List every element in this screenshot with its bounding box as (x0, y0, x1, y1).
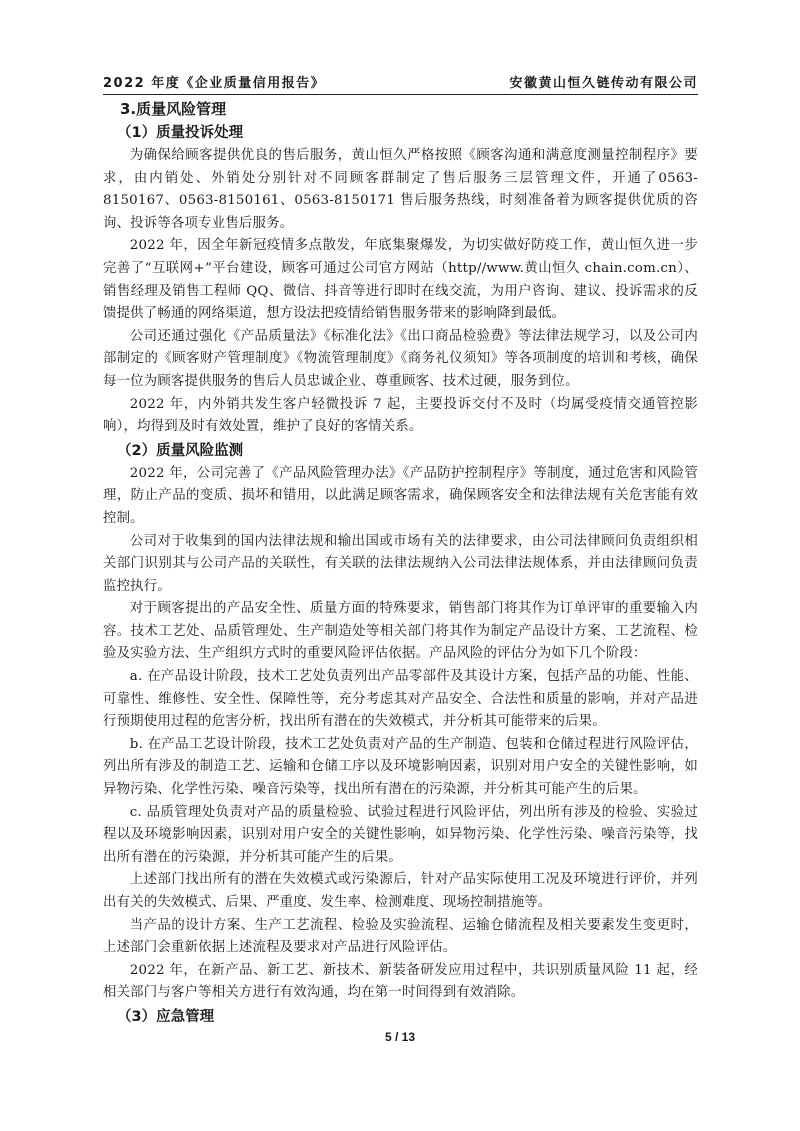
paragraph: 公司还通过强化《产品质量法》《标准化法》《出口商品检验费》等法律法规学习，以及公… (103, 326, 698, 394)
section-title: 3.质量风险管理 (103, 97, 698, 121)
list-item-c: c. 品质管理处负责对产品的质量检验、试验过程进行风险评估，列出所有涉及的检验、… (103, 802, 698, 870)
header-report-title: 2022 年度《企业质量信用报告》 (103, 72, 325, 91)
paragraph: 当产品的设计方案、生产工艺流程、检验及实验流程、运输仓储流程及相关要素发生变更时… (103, 915, 698, 960)
list-item-b: b. 在产品工艺设计阶段，技术工艺处负责对产品的生产制造、包装和仓储过程进行风险… (103, 734, 698, 802)
paragraph: 2022 年，内外销共发生客户轻微投诉 7 起，主要投诉交付不及时（均属受疫情交… (103, 394, 698, 439)
page-header: 2022 年度《企业质量信用报告》 安徽黄山恒久链传动有限公司 (103, 71, 698, 95)
paragraph: 对于顾客提出的产品安全性、质量方面的特殊要求，销售部门将其作为订单评审的重要输入… (103, 598, 698, 666)
paragraph: 2022 年，因全年新冠疫情多点散发，年底集聚爆发，为切实做好防疫工作，黄山恒久… (103, 235, 698, 325)
paragraph: 为确保给顾客提供优良的售后服务，黄山恒久严格按照《顾客沟通和满意度测量控制程序》… (103, 145, 698, 235)
page-number: 5 / 13 (0, 1030, 800, 1044)
paragraph: 2022 年，公司完善了《产品风险管理办法》《产品防护控制程序》等制度，通过危害… (103, 463, 698, 531)
subsection-title-emergency: （3）应急管理 (103, 1005, 698, 1029)
subsection-title-complaints: （1）质量投诉处理 (103, 121, 698, 145)
paragraph: 2022 年，在新产品、新工艺、新技术、新装备研发应用过程中，共识别质量风险 1… (103, 960, 698, 1005)
header-company-name: 安徽黄山恒久链传动有限公司 (509, 72, 698, 91)
list-item-a: a. 在产品设计阶段，技术工艺处负责列出产品零部件及其设计方案，包括产品的功能、… (103, 666, 698, 734)
subsection-title-risk-monitoring: （2）质量风险监测 (103, 439, 698, 463)
page-content: 3.质量风险管理 （1）质量投诉处理 为确保给顾客提供优良的售后服务，黄山恒久严… (103, 97, 698, 1029)
paragraph: 公司对于收集到的国内法律法规和输出国或市场有关的法律要求，由公司法律顾问负责组织… (103, 531, 698, 599)
paragraph: 上述部门找出所有的潜在失效模式或污染源后，针对产品实际使用工况及环境进行评价，并… (103, 869, 698, 914)
